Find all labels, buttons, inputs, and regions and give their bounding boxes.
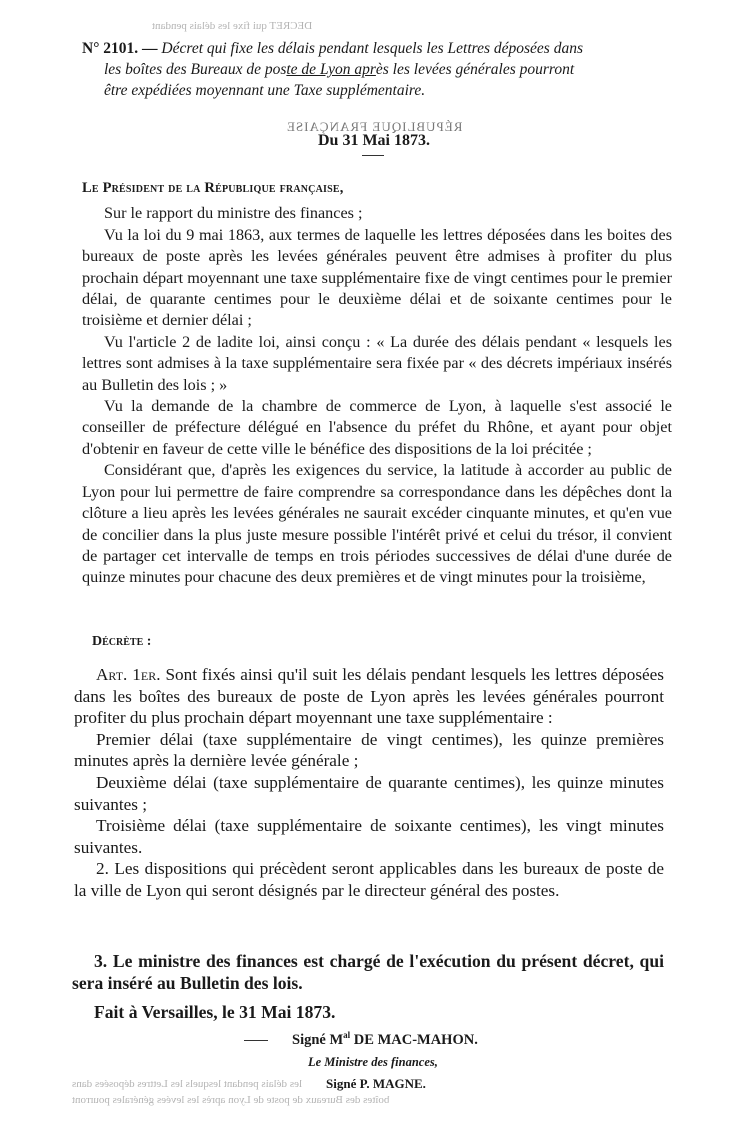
minister-title: Le Ministre des finances, — [308, 1055, 438, 1070]
underlined-text: te de Lyon apr — [286, 61, 376, 78]
paragraph: Considérant que, d'après les exigences d… — [82, 460, 672, 588]
article-3-block: 3. Le ministre des finances est chargé d… — [72, 950, 664, 994]
decree-number: N° 2101. — — [82, 40, 158, 57]
bleed-text: les délais pendant lesquels les Lettres … — [72, 1078, 302, 1090]
place-date-signed: Fait à Versailles, le 31 Mai 1873. — [94, 1002, 335, 1023]
title-text: les boîtes des Bureaux de pos — [104, 61, 286, 78]
article-1: Art. 1er. Sont fixés ainsi qu'il suit le… — [74, 664, 664, 729]
divider — [362, 155, 384, 156]
signature-minister: Signé P. MAGNE. — [326, 1076, 426, 1092]
decree-title-line2: les boîtes des Bureaux de poste de Lyon … — [82, 59, 672, 80]
decree-date: Du 31 Mai 1873. — [0, 132, 748, 150]
bleed-through-bottom-1: les délais pendant lesquels les Lettres … — [72, 1078, 302, 1090]
delai-2: Deuxième délai (taxe supplémentaire de q… — [74, 772, 664, 815]
sig-text: Signé M — [292, 1032, 343, 1048]
article-2: 2. Les dispositions qui précèdent seront… — [74, 858, 664, 901]
decrete-heading: Décrète : — [92, 634, 151, 650]
decree-title-line3: être expédiées moyennant une Taxe supplé… — [82, 80, 672, 101]
decree-title-line1: Décret qui fixe les délais pendant lesqu… — [161, 40, 583, 57]
sig-text: DE MAC-MAHON. — [350, 1032, 478, 1048]
paragraph: Vu la demande de la chambre de commerce … — [82, 396, 672, 460]
paragraph: Vu l'article 2 de ladite loi, ainsi conç… — [82, 332, 672, 396]
delai-1: Premier délai (taxe supplémentaire de vi… — [74, 729, 664, 772]
paragraph: Sur le rapport du ministre des finances … — [82, 203, 672, 224]
bleed-through-top: DECRET qui fixe les délais pendant — [152, 20, 312, 32]
article-3: 3. Le ministre des finances est chargé d… — [72, 950, 664, 994]
bleed-text: boîtes des Bureaux de poste de Lyon aprè… — [72, 1094, 389, 1106]
preamble: Le Président de la République française,… — [82, 178, 672, 589]
divider — [244, 1040, 268, 1041]
president-heading: Le Président de la République française, — [82, 178, 672, 199]
bleed-through-bottom-2: boîtes des Bureaux de poste de Lyon aprè… — [72, 1094, 389, 1106]
articles: Art. 1er. Sont fixés ainsi qu'il suit le… — [74, 664, 664, 902]
article-text: Sont fixés ainsi qu'il suit les délais p… — [74, 665, 664, 727]
article-label: Art. 1er. — [96, 665, 161, 684]
paragraph: Vu la loi du 9 mai 1863, aux termes de l… — [82, 225, 672, 332]
title-text: ès les levées générales pourront — [376, 61, 574, 78]
bleed-text: DECRET qui fixe les délais pendant — [152, 20, 312, 32]
decree-header: N° 2101. — Décret qui fixe les délais pe… — [82, 38, 672, 101]
signature-president: Signé Mal DE MAC-MAHON. — [292, 1030, 478, 1049]
delai-3: Troisième délai (taxe supplémentaire de … — [74, 815, 664, 858]
